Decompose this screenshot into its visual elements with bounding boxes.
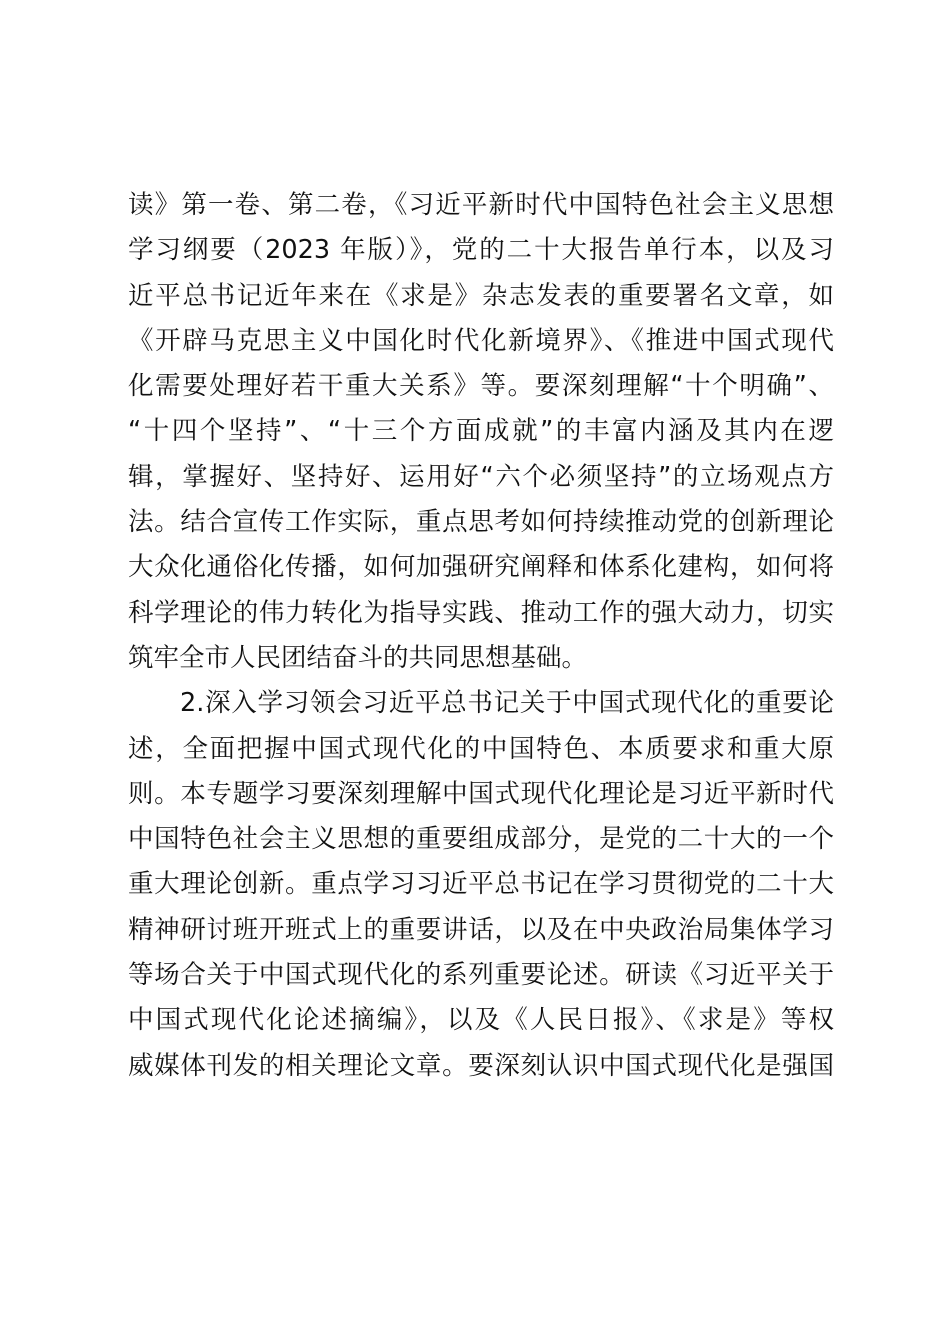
text-line: 中国特色社会主义思想的重要组成部分，是党的二十大的一个 bbox=[128, 817, 834, 862]
text-line: 述，全面把握中国式现代化的中国特色、本质要求和重大原 bbox=[128, 727, 834, 772]
text-line: 辑，掌握好、坚持好、运用好“六个必须坚持”的立场观点方 bbox=[128, 455, 834, 500]
text-line: 大众化通俗化传播，如何加强研究阐释和体系化建构，如何将 bbox=[128, 545, 834, 590]
text-line: 学习纲要（2023 年版）》，党的二十大报告单行本，以及习 bbox=[128, 228, 834, 273]
text-line: 则。本专题学习要深刻理解中国式现代化理论是习近平新时代 bbox=[128, 772, 834, 817]
text-line: 中国式现代化论述摘编》，以及《人民日报》、《求是》等权 bbox=[128, 998, 834, 1043]
text-line: 等场合关于中国式现代化的系列重要论述。研读《习近平关于 bbox=[128, 953, 834, 998]
text-line: 读》第一卷、第二卷，《习近平新时代中国特色社会主义思想 bbox=[128, 183, 834, 228]
document-body: 读》第一卷、第二卷，《习近平新时代中国特色社会主义思想 学习纲要（2023 年版… bbox=[128, 183, 834, 1089]
paragraph-1: 读》第一卷、第二卷，《习近平新时代中国特色社会主义思想 学习纲要（2023 年版… bbox=[128, 183, 834, 681]
text-line: 化需要处理好若干重大关系》等。要深刻理解“十个明确”、 bbox=[128, 364, 834, 409]
document-page: 读》第一卷、第二卷，《习近平新时代中国特色社会主义思想 学习纲要（2023 年版… bbox=[0, 0, 950, 1344]
text-line: 《开辟马克思主义中国化时代化新境界》、《推进中国式现代 bbox=[128, 319, 834, 364]
text-line: “十四个坚持”、“十三个方面成就”的丰富内涵及其内在逻 bbox=[128, 409, 834, 454]
text-line: 精神研讨班开班式上的重要讲话，以及在中央政治局集体学习 bbox=[128, 908, 834, 953]
paragraph-2: 2.深入学习领会习近平总书记关于中国式现代化的重要论 述，全面把握中国式现代化的… bbox=[128, 681, 834, 1089]
text-line: 重大理论创新。重点学习习近平总书记在学习贯彻党的二十大 bbox=[128, 862, 834, 907]
text-line: 科学理论的伟力转化为指导实践、推动工作的强大动力，切实 bbox=[128, 591, 834, 636]
text-line: 近平总书记近年来在《求是》杂志发表的重要署名文章，如 bbox=[128, 274, 834, 319]
text-line: 2.深入学习领会习近平总书记关于中国式现代化的重要论 bbox=[128, 681, 834, 726]
text-line: 法。结合宣传工作实际，重点思考如何持续推动党的创新理论 bbox=[128, 500, 834, 545]
text-line: 筑牢全市人民团结奋斗的共同思想基础。 bbox=[128, 636, 834, 681]
text-line: 威媒体刊发的相关理论文章。要深刻认识中国式现代化是强国 bbox=[128, 1044, 834, 1089]
